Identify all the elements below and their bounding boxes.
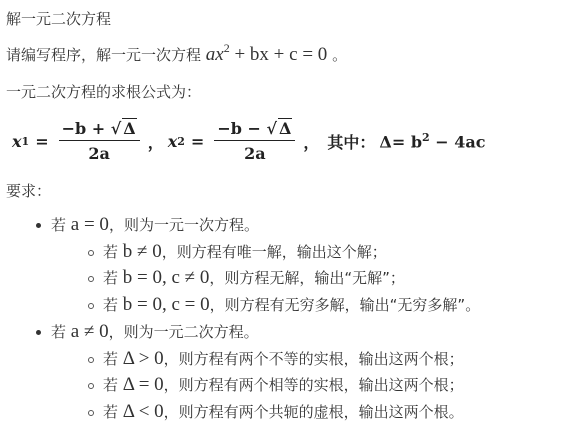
- intro-paragraph: 请编写程序，解一元一次方程 ax2 + bx + c = 0 。: [6, 45, 347, 65]
- intro-suffix: 。: [327, 46, 347, 64]
- sub-requirement-item: 若 b = 0, c = 0，则方程有无穷多解，输出“无穷多解”。: [88, 293, 480, 317]
- sub-requirement-item: 若 Δ = 0，则方程有两个相等的实根，输出这两个根；: [88, 373, 464, 397]
- circle-bullet-icon: [88, 276, 94, 282]
- x2-fraction: −b − √Δ 2a: [214, 119, 295, 163]
- bullet-icon: [36, 330, 41, 335]
- x1-fraction: −b + √Δ 2a: [59, 119, 140, 163]
- requirement-item: 若 a ≠ 0，则为一元二次方程。: [36, 320, 259, 344]
- requirements-heading: 要求：: [6, 181, 51, 201]
- requirement-item: 若 a = 0，则为一元一次方程。: [36, 213, 259, 237]
- circle-bullet-icon: [88, 303, 94, 309]
- delta-definition: Δ= b2 − 4ac: [379, 131, 485, 151]
- sub-requirement-item: 若 b = 0, c ≠ 0，则方程无解，输出“无解”；: [88, 266, 405, 290]
- where-label: 其中：: [327, 130, 375, 153]
- circle-bullet-icon: [88, 250, 94, 256]
- quadratic-formula: x1 = −b + √Δ 2a ， x2 = −b − √Δ 2a ， 其中： …: [12, 113, 485, 169]
- circle-bullet-icon: [88, 383, 94, 389]
- formula-heading: 一元二次方程的求根公式为：: [6, 82, 201, 102]
- circle-bullet-icon: [88, 357, 94, 363]
- sub-requirement-item: 若 Δ > 0，则方程有两个不等的实根，输出这两个根；: [88, 347, 464, 371]
- page-title: 解一元二次方程: [6, 9, 111, 29]
- bullet-icon: [36, 223, 41, 228]
- intro-text: 请编写程序，解一元一次方程: [6, 46, 206, 64]
- circle-bullet-icon: [88, 410, 94, 416]
- equation: ax2 + bx + c = 0: [206, 44, 328, 65]
- sub-requirement-item: 若 Δ < 0，则方程有两个共轭的虚根，输出这两个根。: [88, 400, 464, 424]
- sub-requirement-item: 若 b ≠ 0，则方程有唯一解，输出这个解；: [88, 240, 387, 264]
